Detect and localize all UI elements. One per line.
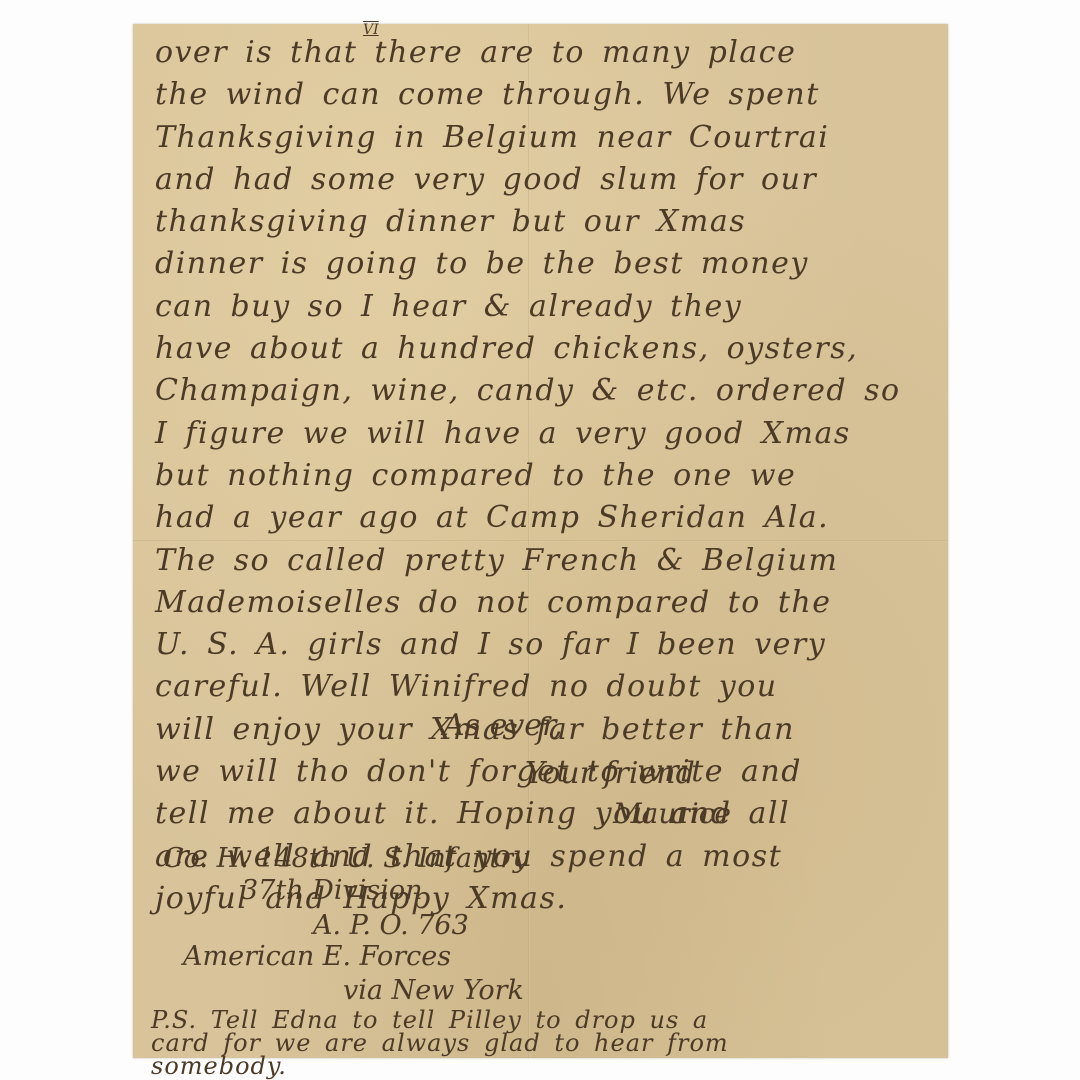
body-line: over is that there are to many place — [155, 32, 935, 74]
body-line: had a year ago at Camp Sheridan Ala. — [155, 497, 935, 539]
body-line: The so called pretty French & Belgium — [155, 540, 935, 582]
body-line: and had some very good slum for our — [155, 159, 935, 201]
postscript-line: somebody. — [151, 1055, 941, 1078]
body-line: can buy so I hear & already they — [155, 286, 935, 328]
address-forces: American E. Forces — [183, 940, 451, 974]
body-line: U. S. A. girls and I so far I been very — [155, 624, 935, 666]
body-line: tell me about it. Hoping you and all — [155, 793, 935, 835]
closing-salutation: As ever, — [443, 706, 563, 746]
body-line: have about a hundred chickens, oysters, — [155, 328, 935, 370]
signature: Maurice — [613, 794, 731, 834]
address-via: via New York — [343, 974, 524, 1008]
address-division: 37th Division — [241, 874, 423, 908]
address-apo: A. P. O. 763 — [313, 909, 469, 943]
body-line: Champaign, wine, candy & etc. ordered so — [155, 370, 935, 412]
body-line: Thanksgiving in Belgium near Courtrai — [155, 117, 935, 159]
body-line: I figure we will have a very good Xmas — [155, 413, 935, 455]
body-line: but nothing compared to the one we — [155, 455, 935, 497]
body-line: thanksgiving dinner but our Xmas — [155, 201, 935, 243]
body-line: Mademoiselles do not compared to the — [155, 582, 935, 624]
body-line: careful. Well Winifred no doubt you — [155, 666, 935, 708]
body-line: dinner is going to be the best money — [155, 243, 935, 285]
body-line: the wind can come through. We spent — [155, 74, 935, 116]
postscript: P.S. Tell Edna to tell Pilley to drop us… — [151, 1009, 941, 1078]
letter-page: VI over is that there are to many place … — [133, 24, 948, 1058]
address-company: Co. H. 148th U. S. Infantry — [163, 842, 528, 876]
closing-your-friend: Your friend — [525, 754, 695, 794]
